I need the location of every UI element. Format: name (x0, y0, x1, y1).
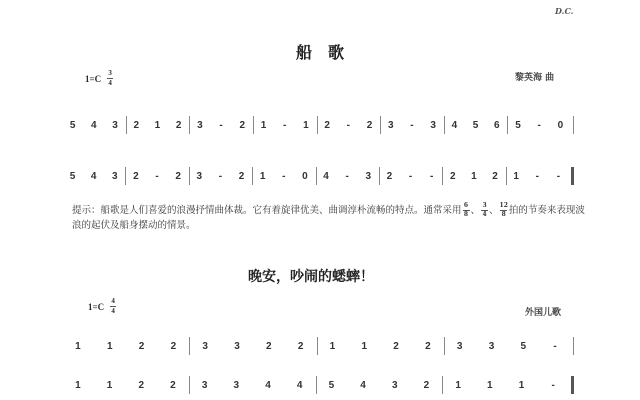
note: 3 (199, 341, 211, 352)
measure: 1122 (317, 335, 444, 357)
song1-time-signature: 3 4 (107, 70, 113, 87)
note: 5 (517, 341, 529, 352)
note: 0 (299, 171, 311, 182)
song2-key-signature: 1=C 4 4 (88, 298, 116, 315)
song2-title: 晚安，吵闹的蟋蟀！ (248, 266, 374, 286)
measure: 2-2 (125, 165, 188, 187)
measure: 3-2 (189, 165, 252, 187)
measure: 456 (444, 114, 508, 136)
fraction-3-4: 34 (481, 203, 488, 218)
fraction-12-8: 128 (500, 203, 508, 218)
note: 4 (88, 171, 100, 182)
note: - (426, 171, 438, 182)
note: - (406, 120, 418, 131)
note: 6 (491, 120, 503, 131)
note: - (215, 120, 227, 131)
note: 1 (257, 171, 269, 182)
note: 1 (468, 171, 480, 182)
measure: 3344 (189, 374, 316, 396)
song1-key: 1=C (85, 74, 101, 84)
note: 3 (362, 171, 374, 182)
song2-credit: 外国儿歌 (525, 305, 561, 318)
note: 2 (236, 171, 248, 182)
measure: 1122 (62, 335, 189, 357)
note: 5 (67, 120, 79, 131)
note: 2 (383, 171, 395, 182)
note: - (341, 171, 353, 182)
note: - (151, 171, 163, 182)
song2-staff-row-2: 1122 3344 5432 111- (62, 374, 574, 396)
note: - (533, 120, 545, 131)
note: - (405, 171, 417, 182)
note: 0 (554, 120, 566, 131)
note: 2 (489, 171, 501, 182)
note: 3 (109, 171, 121, 182)
note: 3 (385, 120, 397, 131)
note: 3 (193, 171, 205, 182)
note: 2 (390, 341, 402, 352)
measure: 1-0 (252, 165, 315, 187)
note: 3 (230, 380, 242, 391)
note: 3 (199, 380, 211, 391)
note: 4 (294, 380, 306, 391)
measure: 543 (62, 114, 126, 136)
measure: 3-3 (380, 114, 444, 136)
song1-hint: 提示：船歌是人们喜爱的浪漫抒情曲体裁。它有着旋律优美、曲调淳朴流畅的特点。通常采… (72, 203, 592, 233)
note: 1 (515, 380, 527, 391)
note: 1 (72, 380, 84, 391)
note: - (552, 171, 564, 182)
note: - (279, 120, 291, 131)
final-barline (571, 167, 574, 185)
note: 2 (364, 120, 376, 131)
note: 4 (320, 171, 332, 182)
note: 1 (484, 380, 496, 391)
note: 5 (470, 120, 482, 131)
note: 4 (88, 120, 100, 131)
note: 1 (257, 120, 269, 131)
note: 2 (135, 380, 147, 391)
song1-staff-row-1: 543 212 3-2 1-1 2-2 3-3 456 5-0 (62, 114, 574, 136)
note: 2 (167, 380, 179, 391)
song1-staff-row-2: 543 2-2 3-2 1-0 4-3 2-- 212 1-- (62, 165, 574, 187)
note: 2 (136, 341, 148, 352)
note: 3 (389, 380, 401, 391)
note: 1 (326, 341, 338, 352)
note: 3 (427, 120, 439, 131)
note: 1 (104, 380, 116, 391)
song2-staff-row-1: 1122 3322 1122 335- (62, 335, 574, 357)
note: 2 (447, 171, 459, 182)
note: 5 (325, 380, 337, 391)
note: 5 (67, 171, 79, 182)
note: 3 (454, 341, 466, 352)
note: 3 (109, 120, 121, 131)
note: 2 (295, 341, 307, 352)
note: - (342, 120, 354, 131)
note: 5 (512, 120, 524, 131)
note: 4 (262, 380, 274, 391)
measure: 543 (62, 165, 125, 187)
note: 1 (151, 120, 163, 131)
song1-composer: 黎英海 曲 (515, 70, 554, 83)
note: 2 (422, 341, 434, 352)
measure: 3322 (189, 335, 316, 357)
note: 2 (130, 120, 142, 131)
measure: 5432 (316, 374, 443, 396)
note: 2 (420, 380, 432, 391)
song1-key-signature: 1=C 3 4 (85, 70, 113, 87)
note: 2 (167, 341, 179, 352)
note: 2 (236, 120, 248, 131)
measure: 212 (442, 165, 505, 187)
note: 4 (357, 380, 369, 391)
song2-time-signature: 4 4 (110, 298, 116, 315)
note: 1 (300, 120, 312, 131)
song1-title: 船 歌 (260, 40, 380, 63)
note: 1 (452, 380, 464, 391)
measure: 212 (126, 114, 190, 136)
dc-marking: D.C. (555, 6, 573, 16)
measure: 2-2 (317, 114, 381, 136)
note: 2 (173, 120, 185, 131)
measure: 4-3 (316, 165, 379, 187)
note: - (214, 171, 226, 182)
song2-key: 1=C (88, 302, 104, 312)
measure: 1-- (506, 165, 569, 187)
note: - (278, 171, 290, 182)
barline (573, 116, 574, 134)
measure: 1-1 (253, 114, 317, 136)
note: - (549, 341, 561, 352)
note: 2 (263, 341, 275, 352)
measure: 5-0 (507, 114, 571, 136)
note: 1 (72, 341, 84, 352)
measure: 2-- (379, 165, 442, 187)
note: 3 (231, 341, 243, 352)
fraction-6-8: 68 (463, 203, 470, 218)
measure: 111- (442, 374, 569, 396)
final-barline (571, 376, 574, 394)
note: 1 (358, 341, 370, 352)
note: - (531, 171, 543, 182)
note: 3 (194, 120, 206, 131)
note: 2 (172, 171, 184, 182)
note: 3 (485, 341, 497, 352)
note: 1 (510, 171, 522, 182)
measure: 3-2 (189, 114, 253, 136)
note: 2 (130, 171, 142, 182)
measure: 335- (444, 335, 571, 357)
barline (573, 337, 574, 355)
measure: 1122 (62, 374, 189, 396)
note: 4 (448, 120, 460, 131)
note: - (547, 380, 559, 391)
note: 2 (321, 120, 333, 131)
note: 1 (104, 341, 116, 352)
